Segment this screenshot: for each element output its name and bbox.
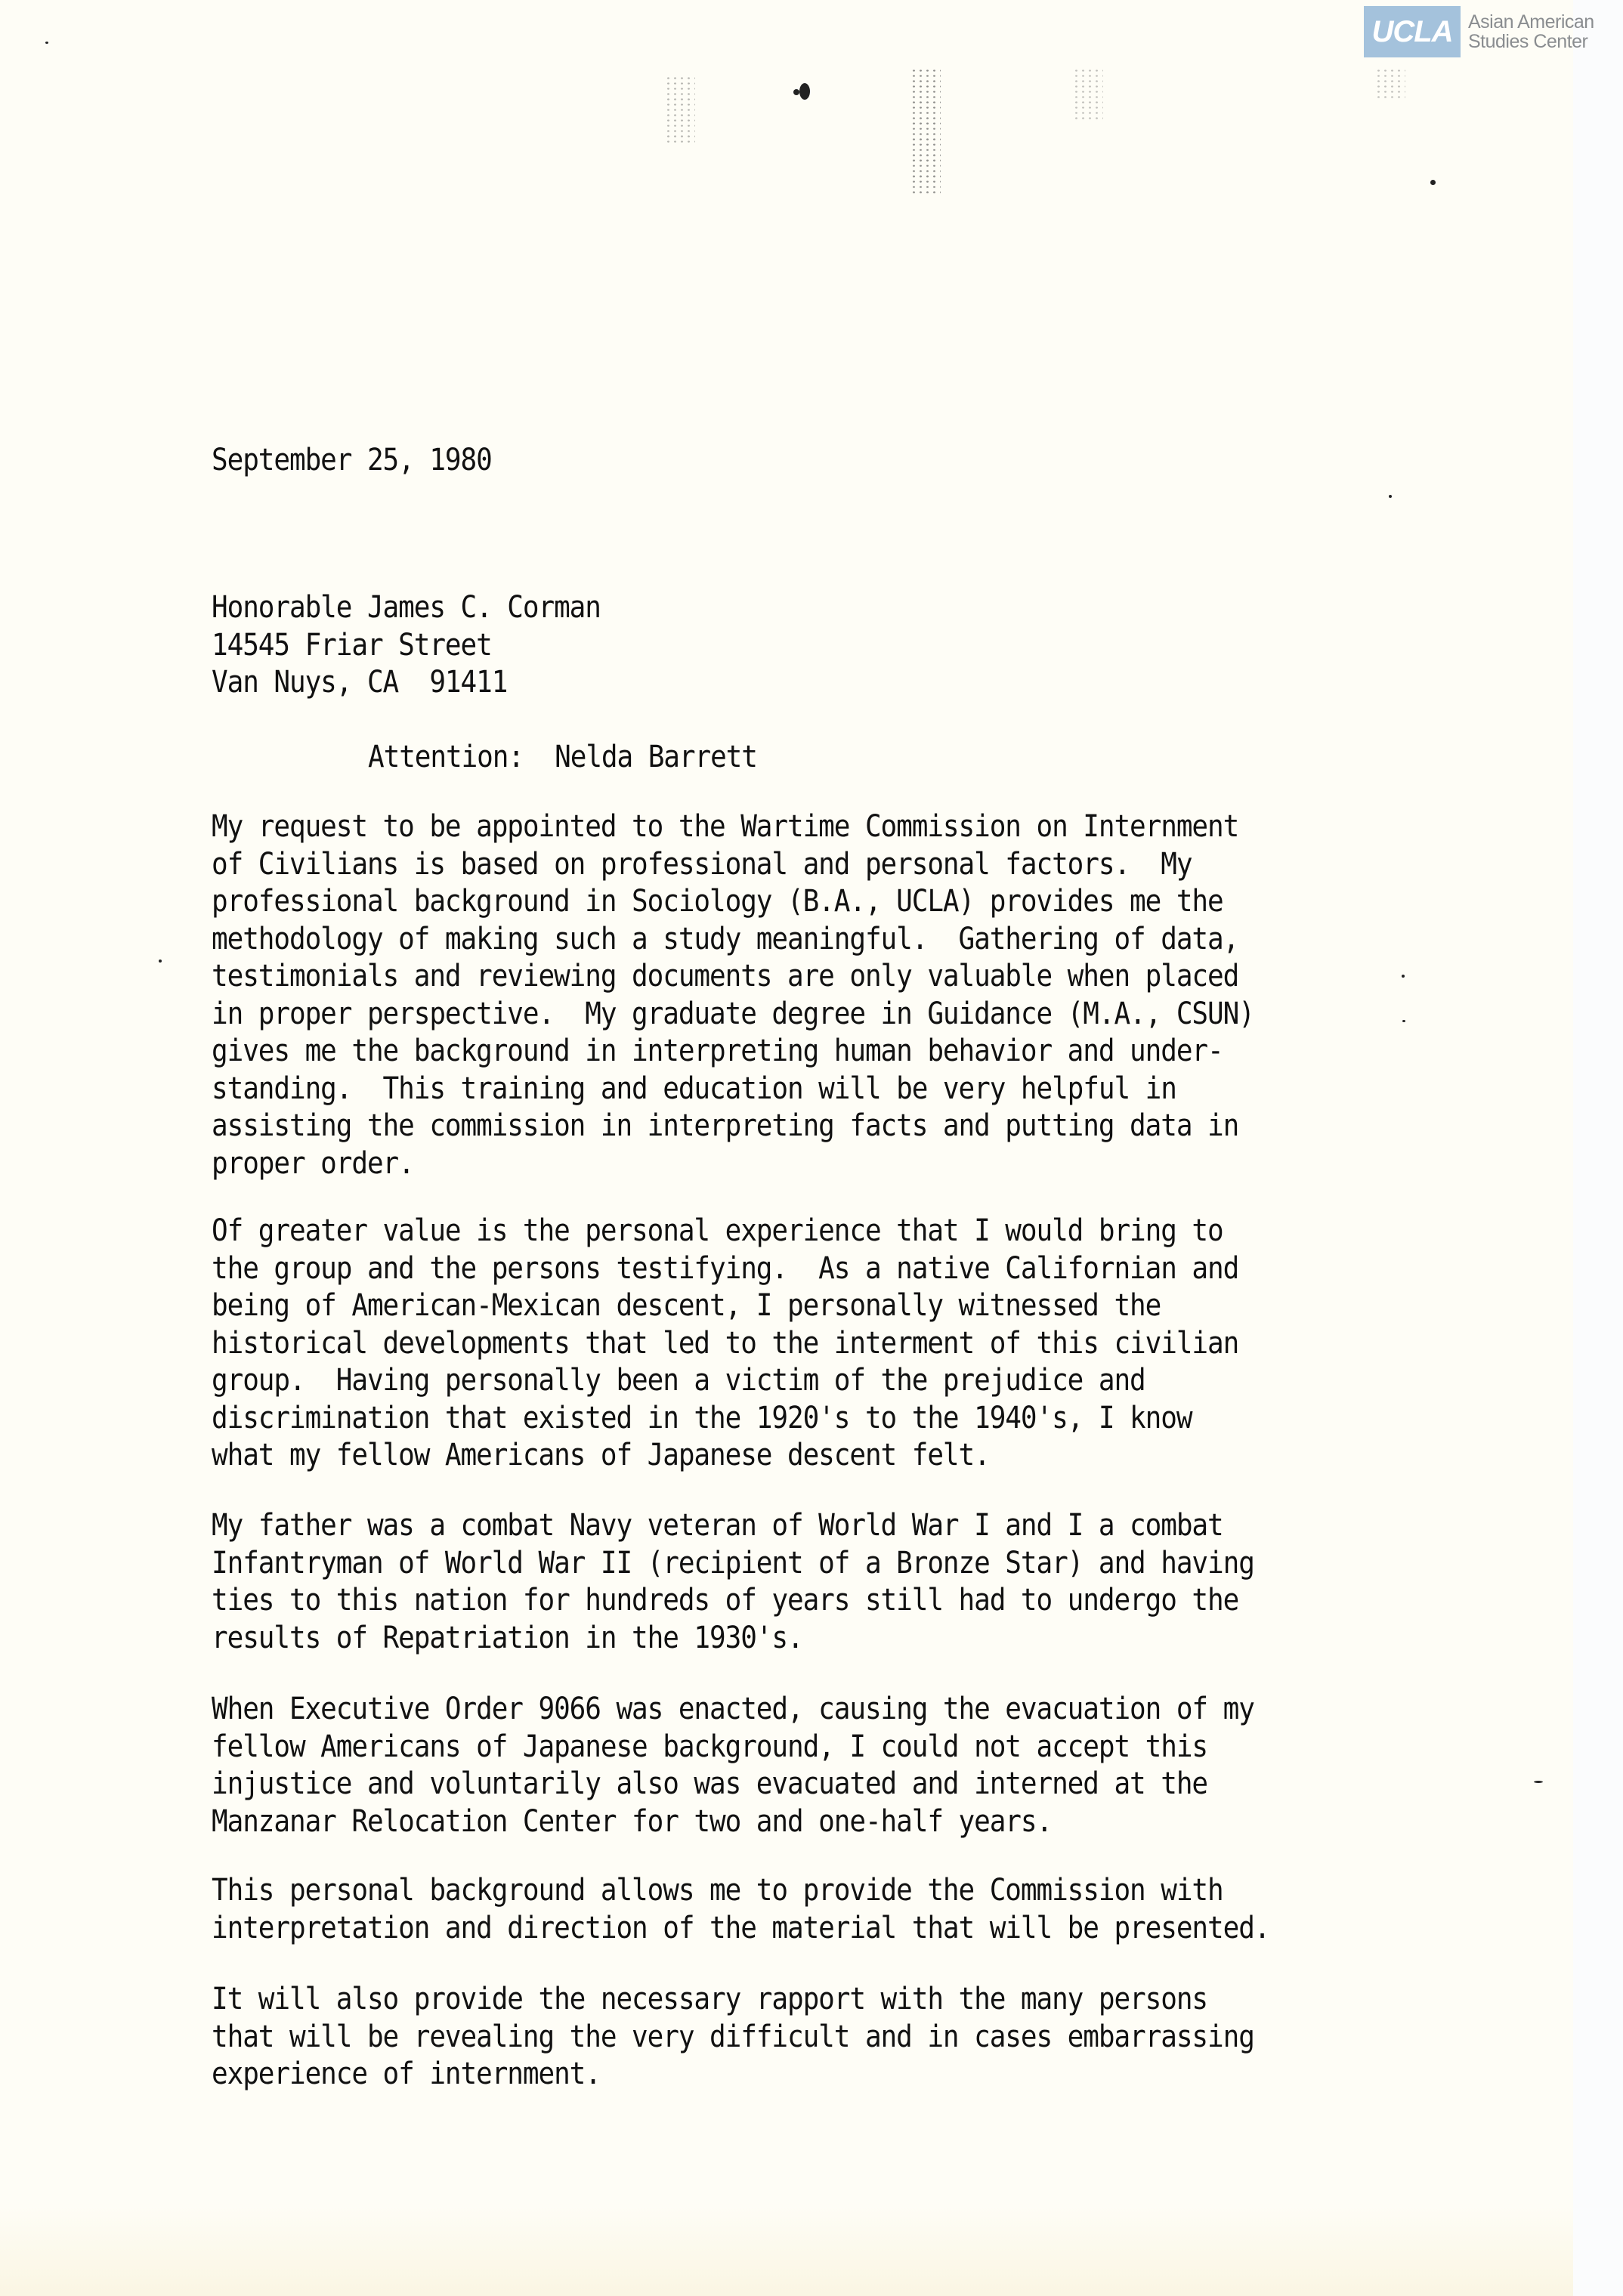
recipient-street: 14545 Friar Street <box>212 627 601 665</box>
scan-speck <box>1402 975 1405 978</box>
paragraph-line: discrimination that existed in the 1920'… <box>212 1400 1238 1438</box>
paragraph-line: ties to this nation for hundreds of year… <box>212 1582 1254 1620</box>
paragraph-line: When Executive Order 9066 was enacted, c… <box>212 1691 1254 1729</box>
paragraph-line: proper order. <box>212 1145 1254 1183</box>
paragraph-line: assisting the commission in interpreting… <box>212 1108 1254 1145</box>
paragraph-qualifications: My request to be appointed to the Wartim… <box>212 808 1254 1182</box>
archive-org-name: Asian American Studies Center <box>1468 12 1594 51</box>
letter-date: September 25, 1980 <box>212 442 492 480</box>
paragraph-military-service: My father was a combat Navy veteran of W… <box>212 1507 1254 1657</box>
paragraph-line: This personal background allows me to pr… <box>212 1872 1269 1910</box>
paragraph-line: Of greater value is the personal experie… <box>212 1213 1238 1250</box>
paragraph-line: experience of internment. <box>212 2056 1254 2094</box>
paragraph-line: My request to be appointed to the Wartim… <box>212 808 1254 846</box>
paragraph-line: interpretation and direction of the mate… <box>212 1910 1269 1948</box>
paragraph-rapport: It will also provide the necessary rappo… <box>212 1981 1254 2094</box>
recipient-address: Honorable James C. Corman 14545 Friar St… <box>212 589 601 702</box>
paragraph-line: testimonials and reviewing documents are… <box>212 958 1254 996</box>
scan-noise <box>910 68 941 196</box>
paragraph-line: professional background in Sociology (B.… <box>212 883 1254 921</box>
attention-label: Attention: <box>368 740 524 774</box>
attention-name: Nelda Barrett <box>555 740 757 774</box>
scan-noise <box>665 76 695 144</box>
org-name-line-2: Studies Center <box>1468 32 1594 51</box>
recipient-city-state-zip: Van Nuys, CA 91411 <box>212 664 601 702</box>
scan-speck <box>793 89 799 95</box>
archive-watermark: UCLA Asian American Studies Center <box>1364 6 1594 57</box>
paragraph-background: This personal background allows me to pr… <box>212 1872 1269 1947</box>
paragraph-line: My father was a combat Navy veteran of W… <box>212 1507 1254 1545</box>
paragraph-line: of Civilians is based on professional an… <box>212 846 1254 884</box>
scan-speck <box>1534 1781 1543 1783</box>
paragraph-line: being of American-Mexican descent, I per… <box>212 1287 1238 1325</box>
paragraph-line: Manzanar Relocation Center for two and o… <box>212 1803 1254 1841</box>
scan-speck <box>45 42 48 44</box>
paragraph-internment: When Executive Order 9066 was enacted, c… <box>212 1691 1254 1840</box>
paragraph-line: methodology of making such a study meani… <box>212 921 1254 959</box>
paragraph-line: Infantryman of World War II (recipient o… <box>212 1545 1254 1583</box>
paragraph-line: standing. This training and education wi… <box>212 1071 1254 1108</box>
paragraph-line: the group and the persons testifying. As… <box>212 1250 1238 1288</box>
paragraph-line: It will also provide the necessary rappo… <box>212 1981 1254 2019</box>
ucla-logo: UCLA <box>1364 6 1461 57</box>
recipient-name: Honorable James C. Corman <box>212 589 601 627</box>
scan-speck <box>1389 495 1392 498</box>
paragraph-line: fellow Americans of Japanese background,… <box>212 1729 1254 1766</box>
paragraph-line: gives me the background in interpreting … <box>212 1033 1254 1071</box>
paragraph-line: historical developments that led to the … <box>212 1325 1238 1363</box>
scanned-letter-page: September 25, 1980 Honorable James C. Co… <box>0 0 1573 2296</box>
org-name-line-1: Asian American <box>1468 12 1594 32</box>
paper-shadow <box>0 2205 1573 2296</box>
paragraph-personal-experience: Of greater value is the personal experie… <box>212 1213 1238 1475</box>
scan-noise <box>1073 68 1103 121</box>
paragraph-line: results of Repatriation in the 1930's. <box>212 1620 1254 1658</box>
paragraph-line: what my fellow Americans of Japanese des… <box>212 1437 1238 1475</box>
scan-speck <box>1402 1020 1405 1022</box>
paragraph-line: group. Having personally been a victim o… <box>212 1362 1238 1400</box>
attention-line: Attention: Nelda Barrett <box>368 739 757 777</box>
scan-speck <box>159 959 162 963</box>
scan-noise <box>1375 68 1405 98</box>
paragraph-line: that will be revealing the very difficul… <box>212 2019 1254 2057</box>
paragraph-line: injustice and voluntarily also was evacu… <box>212 1766 1254 1803</box>
paragraph-line: in proper perspective. My graduate degre… <box>212 996 1254 1034</box>
scan-speck <box>799 83 810 100</box>
scan-speck <box>1430 180 1436 185</box>
